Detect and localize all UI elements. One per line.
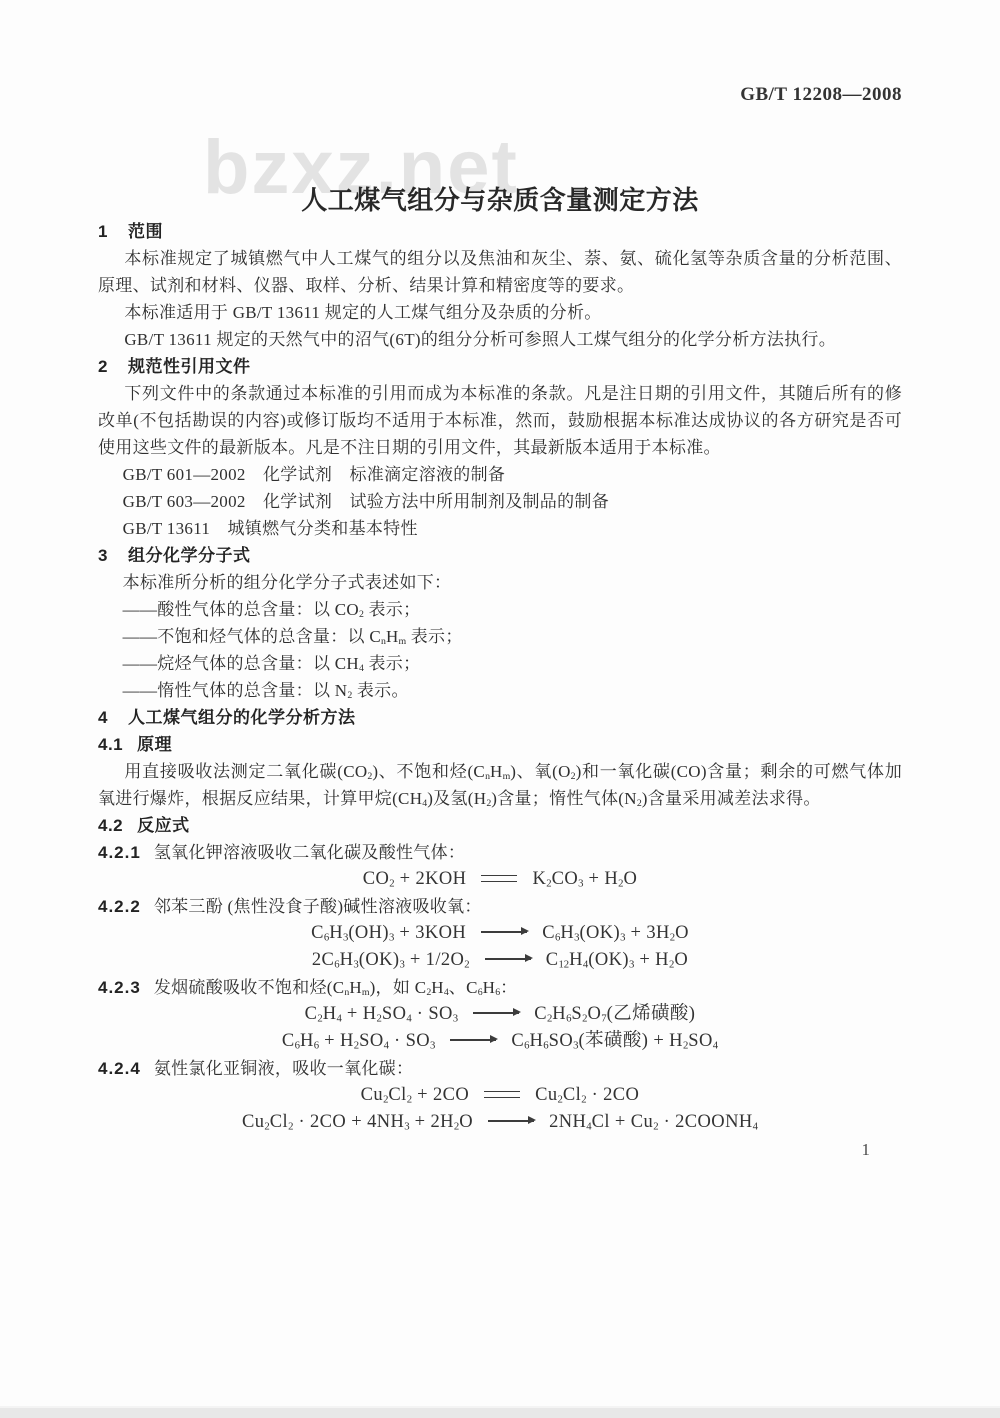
- normative-references-paragraph: 下列文件中的条款通过本标准的引用而成为本标准的条款。凡是注日期的引用文件，其随后…: [98, 380, 902, 461]
- scope-paragraph-1: 本标准规定了城镇燃气中人工煤气的组分以及焦油和灰尘、萘、氨、硫化氢等杂质含量的分…: [98, 245, 902, 299]
- clause-4-1-heading: 4.1原理: [98, 731, 902, 758]
- clause-heading-text: 发烟硫酸吸收不饱和烃(CnHm)，如 C2H4、C6H6：: [154, 978, 518, 997]
- clause-heading-text: 反应式: [137, 816, 190, 835]
- page-number: 1: [98, 1136, 902, 1163]
- standard-code: GB/T 12208—2008: [98, 0, 902, 106]
- section-2-heading: 2规范性引用文件: [98, 353, 902, 380]
- equation-4-2-2a: C6H3(OH)3 + 3KOH C6H3(OK)3 + 3H2O: [98, 920, 902, 947]
- section-heading-text: 人工煤气组分的化学分析方法: [128, 708, 356, 727]
- section-number: 2: [98, 353, 112, 380]
- reaction-arrow-icon: [481, 931, 527, 933]
- scan-edge-bottom: [0, 1406, 1000, 1418]
- equation-4-2-4b: Cu2Cl2 · 2CO + 4NH3 + 2H2O 2NH4Cl + Cu2 …: [98, 1109, 902, 1136]
- clause-number: 4.2.1: [98, 843, 141, 862]
- reaction-arrow-icon: [485, 958, 531, 960]
- clause-heading-text: 氢氧化钾溶液吸收二氧化碳及酸性气体：: [154, 843, 465, 862]
- clause-4-2-2-heading: 4.2.2邻苯三酚 (焦性没食子酸)碱性溶液吸收氧：: [98, 893, 902, 920]
- double-bond-line: [484, 1091, 520, 1098]
- clause-4-2-3-heading: 4.2.3发烟硫酸吸收不饱和烃(CnHm)，如 C2H4、C6H6：: [98, 974, 902, 1001]
- reaction-arrow-icon: [450, 1039, 496, 1041]
- section-number: 1: [98, 218, 112, 245]
- section-number: 3: [98, 542, 112, 569]
- clause-number: 4.2.2: [98, 897, 141, 916]
- normative-reference-3: GB/T 13611 城镇燃气分类和基本特性: [98, 515, 902, 542]
- scope-paragraph-2: 本标准适用于 GB/T 13611 规定的人工煤气组分及杂质的分析。: [98, 299, 902, 326]
- section-heading-text: 组分化学分子式: [128, 546, 251, 565]
- clause-number: 4.2.4: [98, 1059, 141, 1078]
- clause-4-2-1-heading: 4.2.1氢氧化钾溶液吸收二氧化碳及酸性气体：: [98, 839, 902, 866]
- clause-number: 4.2.3: [98, 978, 141, 997]
- section-1-heading: 1范围: [98, 218, 902, 245]
- equation-4-2-3b: C6H6 + H2SO4 · SO3 C6H6SO3(苯磺酸) + H2SO4: [98, 1028, 902, 1055]
- section-heading-text: 范围: [128, 222, 163, 241]
- section-4-heading: 4人工煤气组分的化学分析方法: [98, 704, 902, 731]
- scope-paragraph-3: GB/T 13611 规定的天然气中的沼气(6T)的组分分析可参照人工煤气组分的…: [98, 326, 902, 353]
- clause-number: 4.2: [98, 816, 123, 835]
- equation-4-2-4a: Cu2Cl2 + 2CO Cu2Cl2 · 2CO: [98, 1082, 902, 1109]
- molecular-formula-item-1: ——酸性气体的总含量：以 CO2 表示；: [98, 596, 902, 623]
- equation-4-2-2b: 2C6H3(OK)3 + 1/2O2 C12H4(OK)3 + H2O: [98, 947, 902, 974]
- clause-heading-text: 邻苯三酚 (焦性没食子酸)碱性溶液吸收氧：: [154, 897, 482, 916]
- normative-reference-2: GB/T 603—2002 化学试剂 试验方法中所用制剂及制品的制备: [98, 488, 902, 515]
- molecular-formula-item-4: ——惰性气体的总含量：以 N2 表示。: [98, 677, 902, 704]
- molecular-formula-intro: 本标准所分析的组分化学分子式表述如下：: [98, 569, 902, 596]
- clause-heading-text: 氨性氯化亚铜液，吸收一氧化碳：: [154, 1059, 414, 1078]
- document-title: 人工煤气组分与杂质含量测定方法: [98, 182, 902, 218]
- double-bond-line: [481, 875, 517, 882]
- section-number: 4: [98, 704, 112, 731]
- clause-4-2-heading: 4.2反应式: [98, 812, 902, 839]
- equation-4-2-1: CO2 + 2KOH K2CO3 + H2O: [98, 866, 902, 893]
- principle-paragraph: 用直接吸收法测定二氧化碳(CO2)、不饱和烃(CnHm)、氧(O2)和一氧化碳(…: [98, 758, 902, 812]
- reaction-arrow-icon: [488, 1120, 534, 1122]
- molecular-formula-item-2: ——不饱和烃气体的总含量：以 CnHm 表示；: [98, 623, 902, 650]
- reaction-arrow-icon: [473, 1012, 519, 1014]
- clause-4-2-4-heading: 4.2.4氨性氯化亚铜液，吸收一氧化碳：: [98, 1055, 902, 1082]
- section-3-heading: 3组分化学分子式: [98, 542, 902, 569]
- equation-4-2-3a: C2H4 + H2SO4 · SO3 C2H6S2O7(乙烯磺酸): [98, 1001, 902, 1028]
- normative-reference-1: GB/T 601—2002 化学试剂 标准滴定溶液的制备: [98, 461, 902, 488]
- molecular-formula-item-3: ——烷烃气体的总含量：以 CH4 表示；: [98, 650, 902, 677]
- standard-document-page: bzxz.net GB/T 12208—2008 人工煤气组分与杂质含量测定方法…: [0, 0, 1000, 1418]
- section-heading-text: 规范性引用文件: [128, 357, 251, 376]
- clause-number: 4.1: [98, 735, 123, 754]
- clause-heading-text: 原理: [137, 735, 172, 754]
- page-content: GB/T 12208—2008 人工煤气组分与杂质含量测定方法 1范围 本标准规…: [0, 0, 1000, 1163]
